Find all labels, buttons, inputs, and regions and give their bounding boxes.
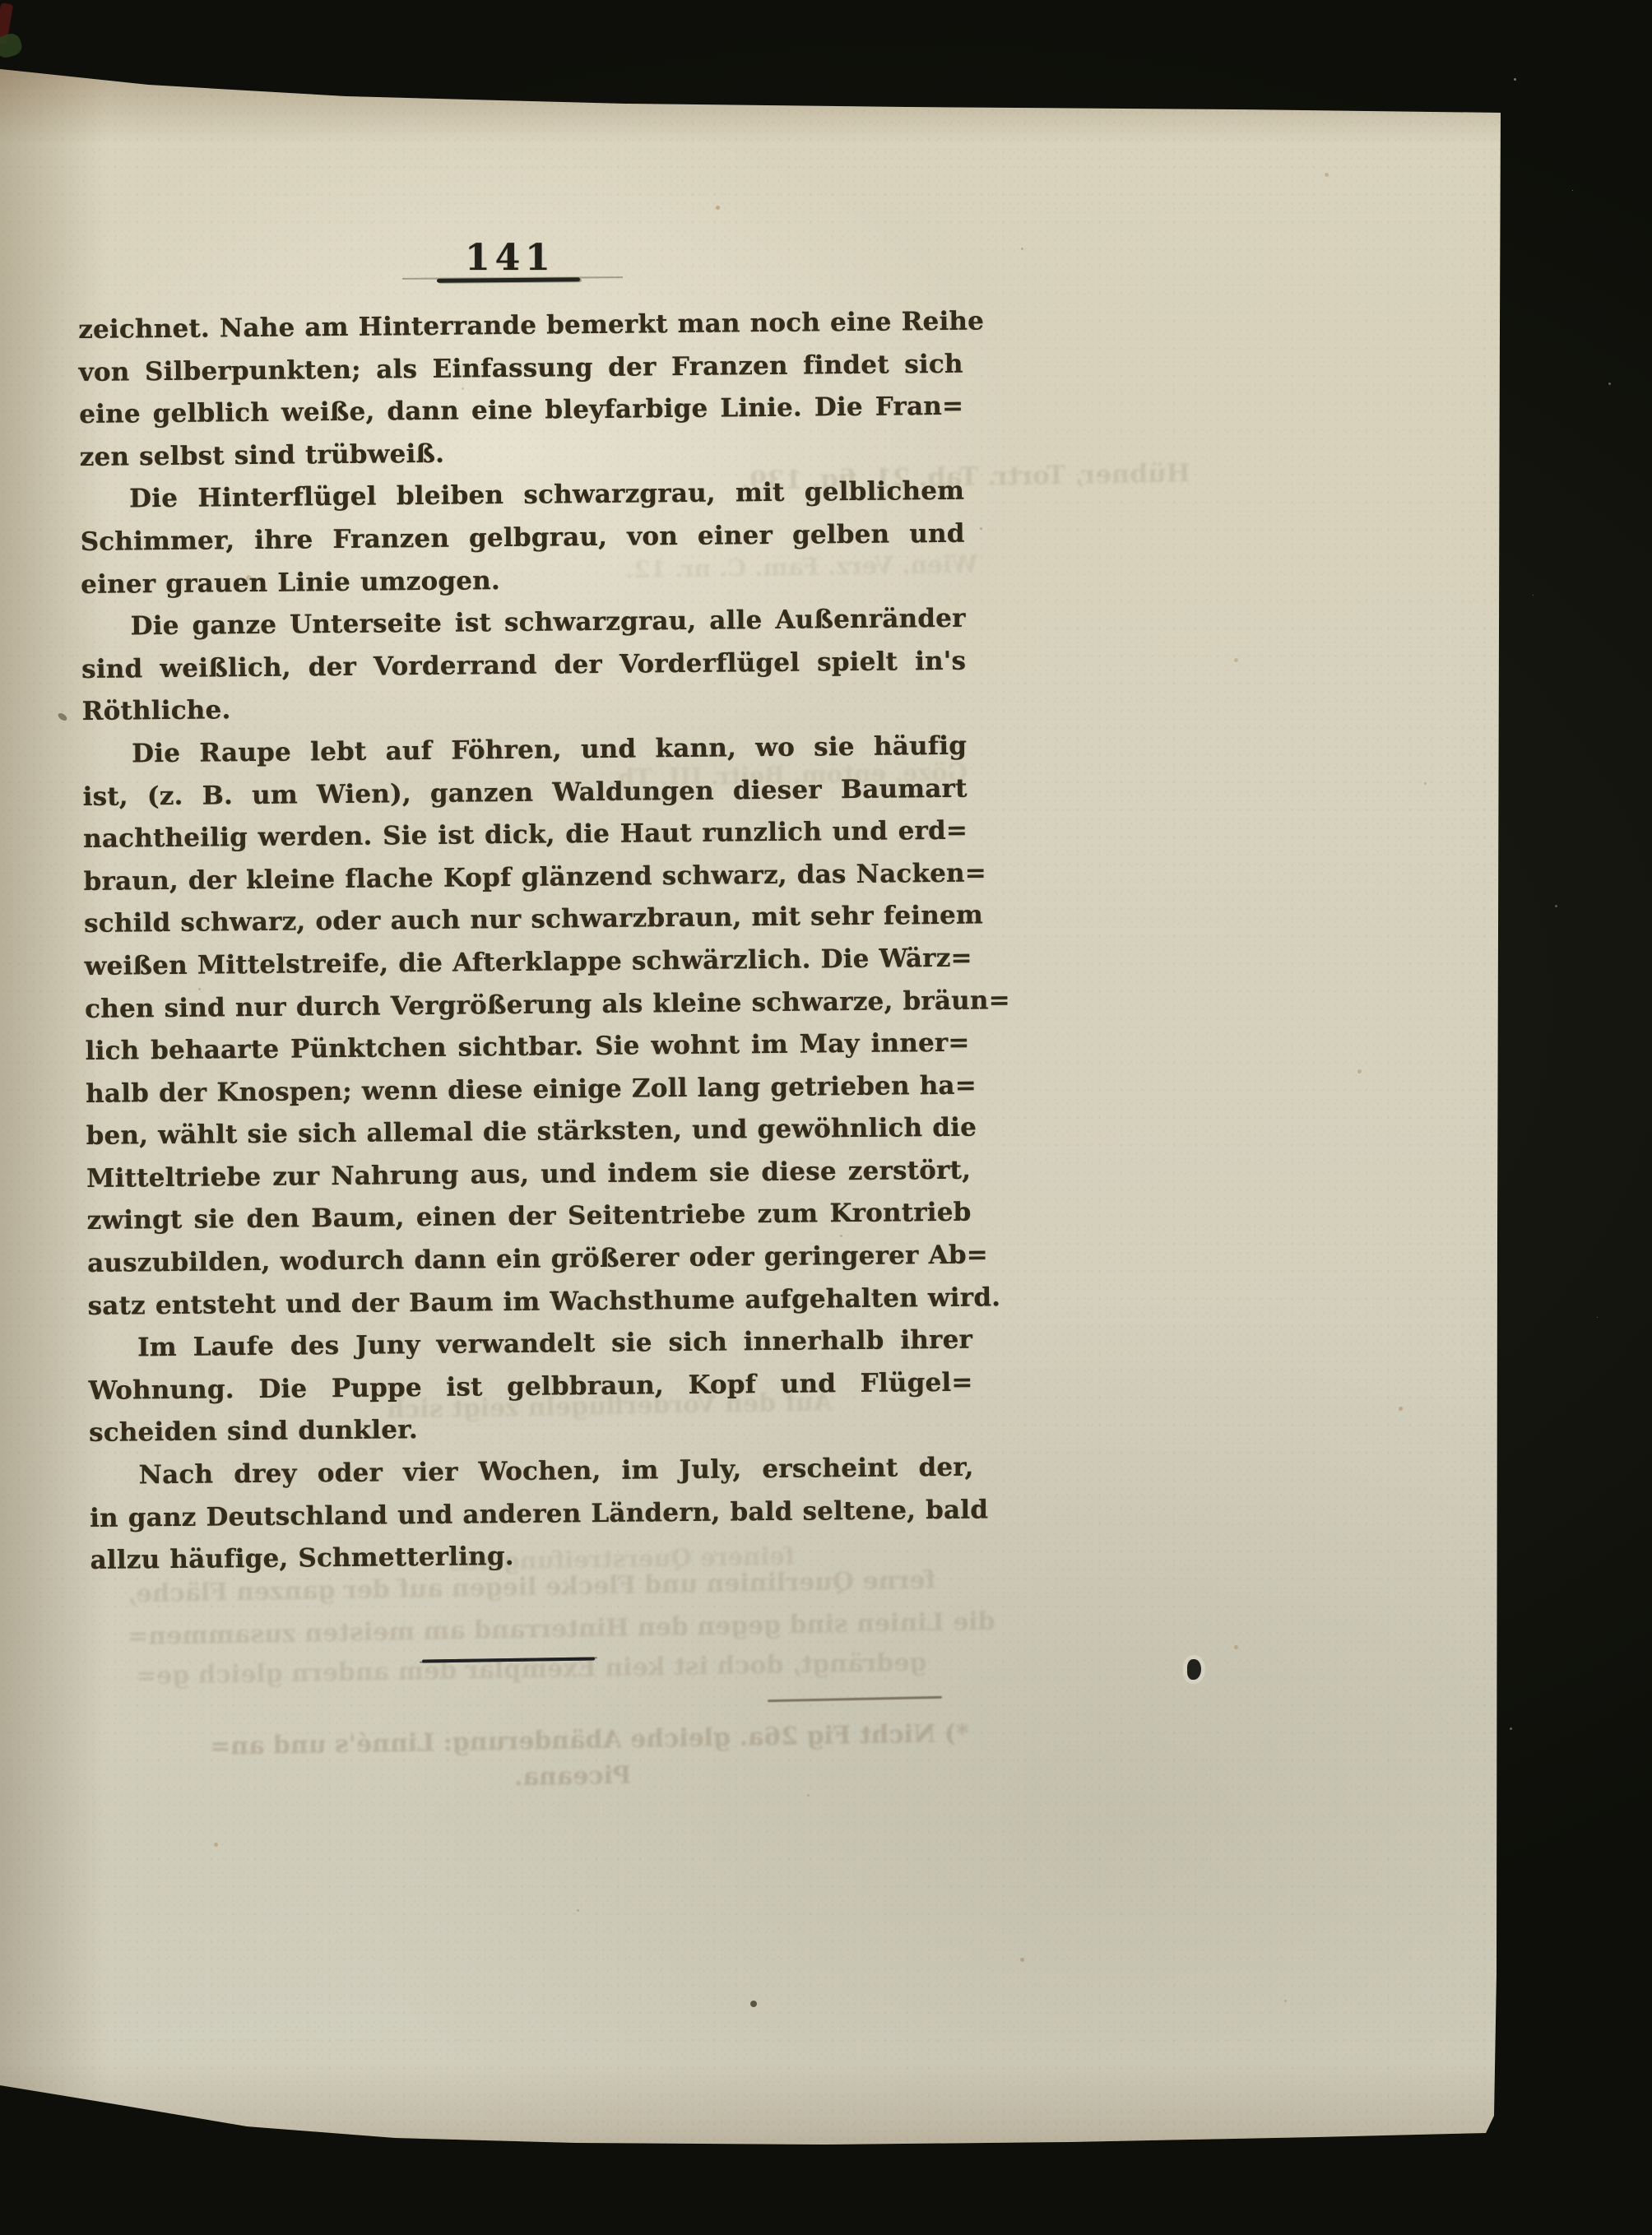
bleedthrough-rule xyxy=(768,1696,942,1702)
page-number-rule xyxy=(437,277,580,283)
scan-background: 141 Hübner, Tortr. Tab. 21. fig. 139. Wi… xyxy=(0,0,1652,2235)
body-text: zeichnet. Nahe am Hinterrande bemerkt ma… xyxy=(78,301,975,1583)
paragraph: Die Raupe lebt auf Föhren, und kann, wo … xyxy=(82,726,972,1328)
page-number: 141 xyxy=(428,237,592,279)
text-line: sind weißlich, der Vorderrand der Vorder… xyxy=(81,640,966,691)
bleedthrough-text: die Linien sind gegen den Hinterrand am … xyxy=(128,1607,995,1651)
paragraph: Nach drey oder vier Wochen, im July, ers… xyxy=(89,1447,974,1583)
dark-speck xyxy=(57,712,68,722)
bleedthrough-footnote: *) Nicht Fig 26a. gleiche Abänderung: Li… xyxy=(210,1719,969,1761)
book-page: 141 Hübner, Tortr. Tab. 21. fig. 139. Wi… xyxy=(0,0,1652,2235)
text-line: Wohnung. Die Puppe ist gelbbraun, Kopf u… xyxy=(88,1361,972,1412)
paragraph: zeichnet. Nahe am Hinterrande bemerkt ma… xyxy=(78,301,964,480)
bleedthrough-footnote: Piceana. xyxy=(514,1761,632,1792)
paragraph: Die Hinterflügel bleiben schwarzgrau, mi… xyxy=(80,471,965,606)
text-line: allzu häufige, Schmetterling. xyxy=(90,1532,974,1583)
paragraph: Im Laufe des Juny verwandelt sie sich in… xyxy=(88,1319,973,1455)
bleedthrough-text: gedrängt, doch ist kein Exemplar dem and… xyxy=(136,1648,927,1691)
text-line: Schimmer, ihre Franzen gelbgrau, von ein… xyxy=(80,513,964,564)
ink-blot xyxy=(1187,1659,1201,1680)
dark-speck xyxy=(750,2001,757,2007)
text-line: in ganz Deutschland und anderen Ländern,… xyxy=(90,1489,974,1540)
paragraph: Die ganze Unterseite ist schwarzgrau, al… xyxy=(81,598,966,734)
text-line: eine gelblich weiße, dann eine bleyfarbi… xyxy=(79,386,963,437)
scanner-dust-specks xyxy=(0,0,2,2)
book-spine-sliver-green xyxy=(0,31,24,60)
